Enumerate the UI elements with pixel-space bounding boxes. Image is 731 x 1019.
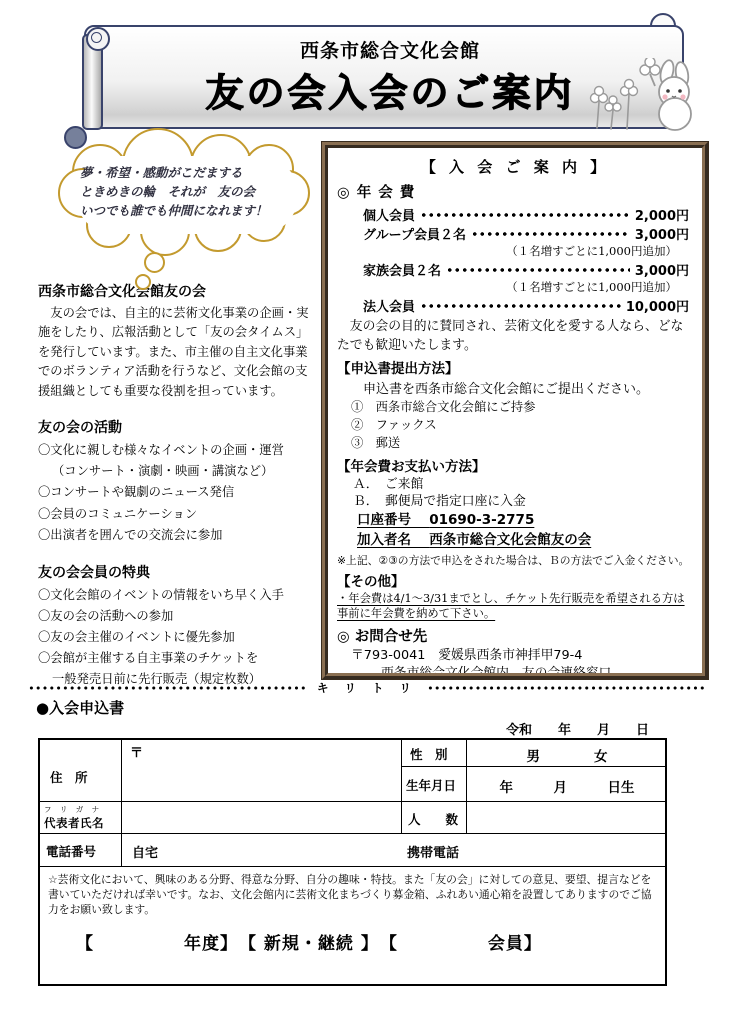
bubble-line: ときめきの輪 それが 友の会 (80, 183, 298, 202)
fee-row: グループ会員２名 3,000円 (337, 224, 693, 243)
benefits-heading: 友の会会員の特典 (38, 562, 318, 582)
payment-note: ※上記、②③の方法で申込をされた場合は、Ｂの方法でご入金ください。 (337, 553, 693, 568)
membership-guide-box: 【 入 会 ご 案 内 】 ◎ 年 会 費 個人会員 2,000円 グループ会員… (322, 142, 708, 679)
phone-home-label: 自宅 (132, 846, 158, 861)
fee-price: 3,000円 (635, 260, 689, 279)
fee-label: グループ会員２名 (363, 224, 466, 243)
fee-price: 10,000円 (626, 296, 689, 315)
representative-name-label-cell: フ リ ガ ナ 代表者氏名 (40, 802, 122, 834)
fee-label: 法人会員 (363, 296, 415, 315)
activity-item: （コンサート・演劇・映画・講演など） (38, 461, 318, 482)
form-date-line: 令和 年 月 日 (506, 719, 649, 738)
benefit-item: 〇友の会主催のイベントに優先参加 (38, 627, 318, 648)
left-column: 西条市総合文化会館友の会 友の会では、自主的に芸術文化事業の企画・実施をしたり、… (38, 281, 318, 707)
form-note: ☆芸術文化において、興味のある分野、得意な分野、自分の趣味・特技。また「友の会」… (48, 872, 659, 917)
account-name-label: 加入者名 (357, 532, 411, 548)
account-number-line: 口座番号 01690-3-2775 (337, 511, 693, 531)
account-number-value: 01690-3-2775 (429, 512, 534, 528)
form-heading: ●入会申込書 (36, 697, 124, 718)
fee-row: 法人会員 10,000円 (337, 296, 693, 315)
payment-heading: 【年会費お支払い方法】 (337, 455, 693, 475)
activity-item: 〇会員のコミュニケーション (38, 504, 318, 525)
name-label: 代表者氏名 (44, 815, 121, 831)
scroll-cap-top-icon (86, 27, 110, 51)
birthdate-label-cell: 生年月日 (402, 767, 467, 802)
benefit-item: 〇文化会館のイベントの情報をいち早く入手 (38, 585, 318, 606)
count-label-cell: 人 数 (402, 802, 467, 834)
dot-leader (420, 210, 630, 220)
about-heading: 西条市総合文化会館友の会 (38, 281, 318, 301)
birthdate-input-cell[interactable]: 年 月 日生 (467, 767, 667, 802)
phone-mobile-label: 携帯電話 (407, 842, 459, 861)
postal-mark: 〒 (130, 746, 143, 761)
activities-heading: 友の会の活動 (38, 417, 318, 437)
address-label-cell: 住 所 (40, 740, 122, 802)
fee-row: 家族会員２名 3,000円 (337, 260, 693, 279)
benefit-item: 〇会館が主催する自主事業のチケットを (38, 648, 318, 669)
submit-lead: 申込書を西条市総合文化会館にご提出ください。 (337, 378, 693, 397)
other-heading: 【その他】 (337, 570, 693, 590)
payment-item: Ａ． ご来館 (337, 476, 693, 494)
bubble-text: 夢・希望・感動がこだまする ときめきの輪 それが 友の会 いつでも誰でも仲間にな… (80, 164, 298, 220)
benefits-list: 〇文化会館のイベントの情報をいち早く入手 〇友の会の活動への参加 〇友の会主催の… (38, 585, 318, 691)
fee-price: 2,000円 (635, 205, 689, 224)
account-number-label: 口座番号 (357, 512, 411, 528)
bubble-line: いつでも誰でも仲間になれます！ (80, 202, 298, 221)
rabbit-icon (583, 58, 695, 132)
submit-item: ① 西条市総合文化会館にご持参 (337, 399, 693, 417)
gender-choice-cell[interactable]: 男 女 (467, 740, 667, 767)
guide-title: 【 入 会 ご 案 内 】 (337, 156, 693, 177)
fee-label: 家族会員２名 (363, 260, 441, 279)
gender-label-cell: 性 別 (402, 740, 467, 767)
cut-dots-left (28, 684, 307, 692)
address-input-cell[interactable]: 〒 (122, 740, 402, 802)
fee-label: 個人会員 (363, 205, 415, 224)
phone-label-cell: 電話番号 (40, 834, 122, 867)
submit-item: ③ 郵送 (337, 435, 693, 453)
bubble-tail (135, 274, 151, 290)
phone-input-cell[interactable]: 自宅 携帯電話 (122, 834, 667, 867)
guide-intro: 友の会の目的に賛同され、芸術文化を愛する人なら、どなたでも歓迎いたします。 (337, 318, 693, 355)
bubble-tail (144, 252, 165, 273)
count-input-cell[interactable] (467, 802, 667, 834)
form-footer-line: 【 年度】 【 新規・継続 】 【 会員】 (76, 929, 659, 954)
contact-address-line1: 〒793-0041 愛媛県西条市神拝甲79-4 (337, 647, 693, 665)
furigana-label: フ リ ガ ナ (44, 804, 121, 815)
benefit-item: 〇友の会の活動への参加 (38, 606, 318, 627)
bubble-line: 夢・希望・感動がこだまする (80, 164, 298, 183)
cut-dots-right (427, 684, 706, 692)
activities-list: 〇文化に親しむ様々なイベントの企画・運営 （コンサート・演劇・映画・講演など） … (38, 440, 318, 546)
cut-label: キ リ ト リ (307, 680, 427, 696)
name-input-cell[interactable] (122, 802, 402, 834)
activity-item: 〇文化に親しむ様々なイベントの企画・運営 (38, 440, 318, 461)
remarks-cell[interactable]: ☆芸術文化において、興味のある分野、得意な分野、自分の趣味・特技。また「友の会」… (40, 867, 667, 986)
fees-heading: ◎ 年 会 費 (337, 181, 693, 202)
fee-price: 3,000円 (635, 224, 689, 243)
contact-heading: ◎ お問合せ先 (337, 625, 693, 646)
rabbit-clover-illustration (583, 58, 695, 132)
fee-note: （１名増すごとに1,000円追加） (337, 243, 693, 260)
thought-bubble: 夢・希望・感動がこだまする ときめきの輪 それが 友の会 いつでも誰でも仲間にな… (58, 136, 316, 266)
about-body: 友の会では、自主的に芸術文化事業の企画・実施をしたり、広報活動として「友の会タイ… (38, 304, 318, 401)
account-name-value: 西条市総合文化会館友の会 (429, 532, 591, 548)
fee-note: （１名増すごとに1,000円追加） (337, 279, 693, 296)
submit-item: ② ファックス (337, 417, 693, 435)
activity-item: 〇コンサートや観劇のニュース発信 (38, 482, 318, 503)
submit-heading: 【申込書提出方法】 (337, 357, 693, 377)
activity-item: 〇出演者を囲んでの交流会に参加 (38, 525, 318, 546)
banner-subtitle: 西条市総合文化会館 (150, 36, 630, 63)
fee-row: 個人会員 2,000円 (337, 205, 693, 224)
other-note: ・年会費は4/1～3/31までとし、チケット先行販売を希望される方は事前に年会費… (337, 591, 693, 623)
dot-leader (471, 229, 630, 239)
contact-address-line2: 西条市総合文化会館内 友の会連絡窓口 (337, 665, 693, 679)
dot-leader (420, 301, 621, 311)
account-name-line: 加入者名 西条市総合文化会館友の会 (337, 531, 693, 551)
dot-leader (446, 265, 630, 275)
application-table: 住 所 〒 性 別 男 女 生年月日 年 月 日生 フ リ ガ ナ 代表者氏名 … (38, 738, 667, 986)
payment-item: Ｂ． 郵便局で指定口座に入金 (337, 493, 693, 511)
cut-line: キ リ ト リ (28, 681, 706, 695)
